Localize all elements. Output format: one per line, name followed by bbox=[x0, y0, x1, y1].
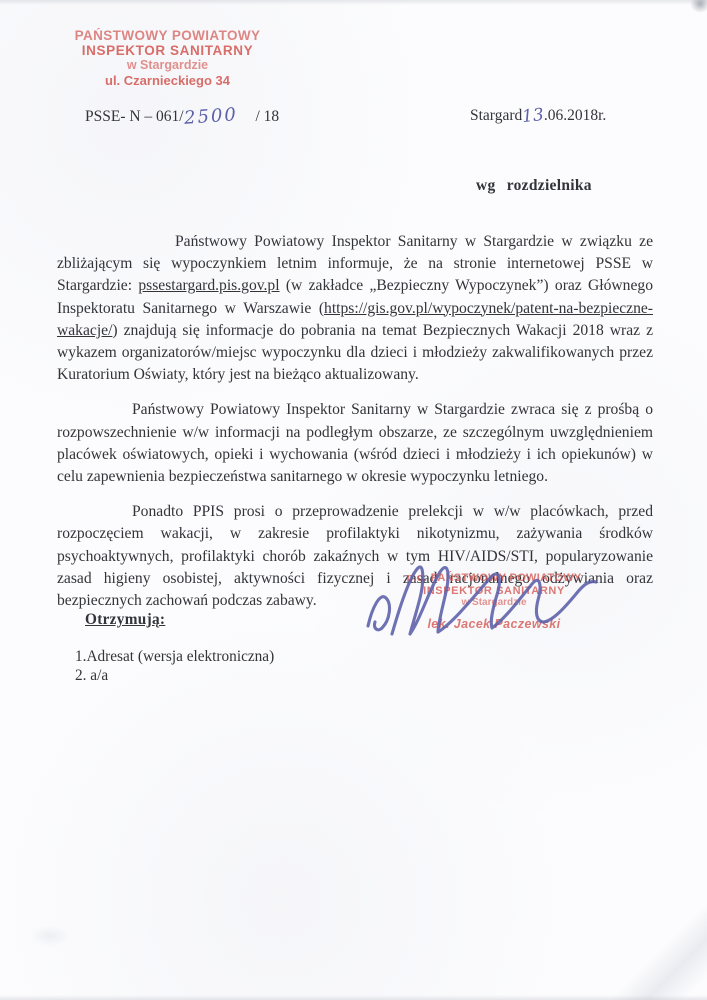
scanned-letter-page: PAŃSTWOWY POWIATOWY INSPEKTOR SANITARNY … bbox=[0, 0, 707, 1000]
body-paragraph-1: Państwowy Powiatowy Inspektor Sanitarny … bbox=[57, 231, 653, 386]
letterhead-stamp-line-1: PAŃSTWOWY POWIATOWY bbox=[60, 28, 275, 43]
date-line: Stargard13.06.2018r. bbox=[470, 105, 606, 125]
date-rest: .06.2018r. bbox=[544, 107, 606, 124]
reference-suffix: / 18 bbox=[255, 108, 279, 125]
url-pssestargard: pssestargard.pis.gov.pl bbox=[138, 277, 279, 294]
letterhead-stamp-line-3: w Stargardzie bbox=[60, 58, 275, 73]
scan-artifact-top-right-mark bbox=[690, 0, 707, 13]
letterhead-stamp: PAŃSTWOWY POWIATOWY INSPEKTOR SANITARNY … bbox=[60, 28, 275, 88]
distribution-list: Otrzymują: 1.Adresat (wersja elektronicz… bbox=[75, 611, 274, 685]
body-paragraph-2: Państwowy Powiatowy Inspektor Sanitarny … bbox=[57, 399, 653, 488]
paragraph-1-text-c: ) znajdują się informacje do pobrania na… bbox=[57, 322, 653, 383]
date-handwritten-day: 13 bbox=[521, 105, 545, 127]
addressee-line: wg rozdzielnika bbox=[476, 177, 592, 195]
handwritten-signature bbox=[358, 556, 616, 658]
distribution-item-2: 2. a/a bbox=[75, 666, 274, 685]
scan-artifact-smudge bbox=[30, 925, 70, 947]
scan-artifact-top-edge bbox=[0, 0, 707, 5]
letterhead-stamp-line-2: INSPEKTOR SANITARNY bbox=[60, 43, 275, 58]
date-city: Stargard bbox=[470, 107, 522, 124]
reference-handwritten-number: 2500 bbox=[183, 104, 238, 129]
scan-artifact-corner-fold bbox=[610, 880, 707, 1000]
reference-line: PSSE- N – 061/2500/ 18 bbox=[85, 105, 279, 126]
reference-prefix: PSSE- N – 061/ bbox=[85, 108, 184, 125]
distribution-heading: Otrzymują: bbox=[85, 611, 274, 629]
scan-artifact-bottom-edge bbox=[0, 995, 707, 1000]
distribution-item-1: 1.Adresat (wersja elektroniczna) bbox=[75, 647, 274, 666]
letterhead-stamp-line-4: ul. Czarnieckiego 34 bbox=[60, 73, 275, 88]
